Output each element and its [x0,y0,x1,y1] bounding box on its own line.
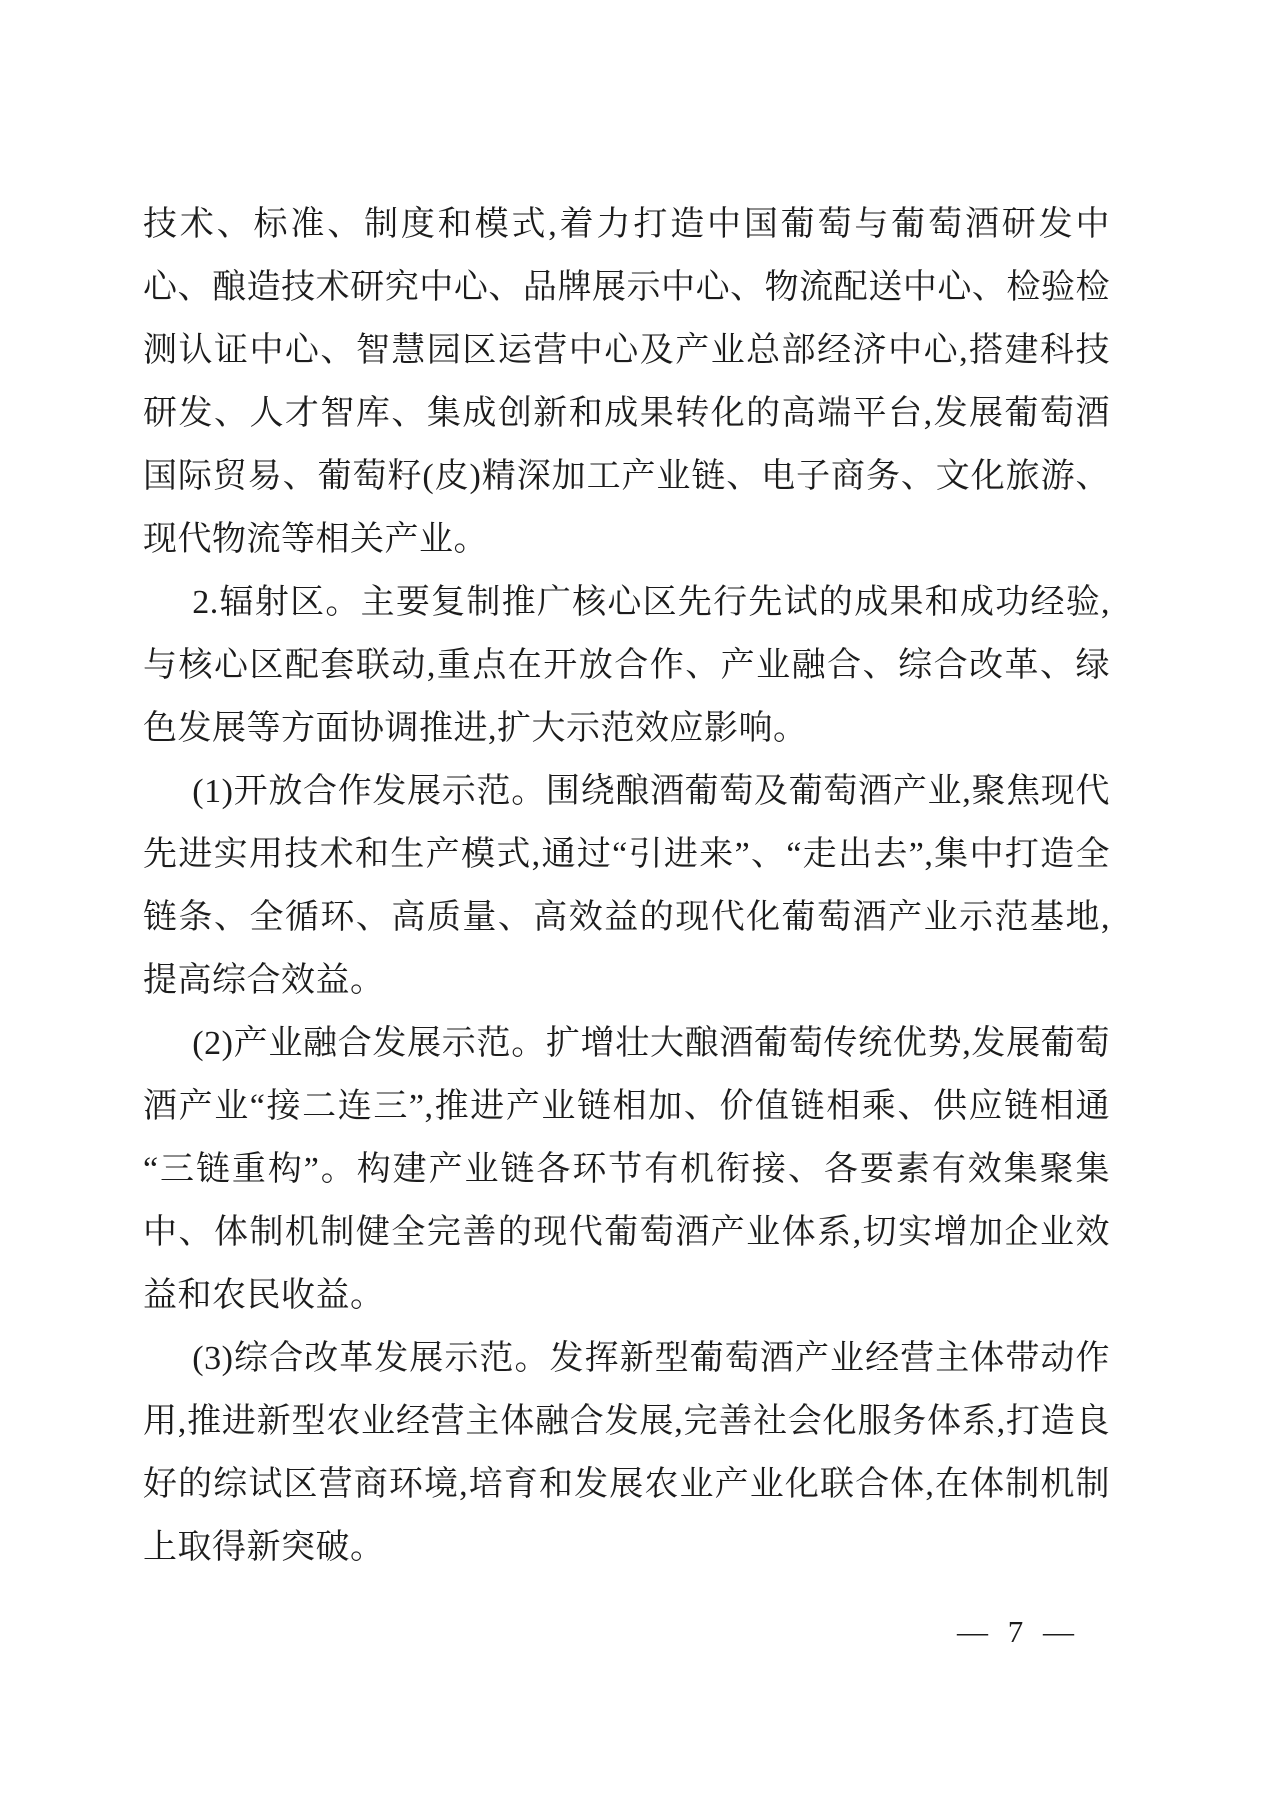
document-body: 技术、标准、制度和模式,着力打造中国葡萄与葡萄酒研发中心、酿造技术研究中心、品牌… [143,193,1110,1579]
paragraph-open-cooperation-demo: (1)开放合作发展示范。围绕酿酒葡萄及葡萄酒产业,聚焦现代先进实用技术和生产模式… [143,760,1110,1012]
paragraph-radiation-zone: 2.辐射区。主要复制推广核心区先行先试的成果和成功经验,与核心区配套联动,重点在… [143,571,1110,760]
document-page: 技术、标准、制度和模式,着力打造中国葡萄与葡萄酒研发中心、酿造技术研究中心、品牌… [0,0,1280,1811]
paragraph-industry-integration-demo: (2)产业融合发展示范。扩增壮大酿酒葡萄传统优势,发展葡萄酒产业“接二连三”,推… [143,1012,1110,1327]
paragraph-continuation: 技术、标准、制度和模式,着力打造中国葡萄与葡萄酒研发中心、酿造技术研究中心、品牌… [143,193,1110,571]
paragraph-comprehensive-reform-demo: (3)综合改革发展示范。发挥新型葡萄酒产业经营主体带动作用,推进新型农业经营主体… [143,1327,1110,1579]
page-number: — 7 — [957,1612,1080,1652]
